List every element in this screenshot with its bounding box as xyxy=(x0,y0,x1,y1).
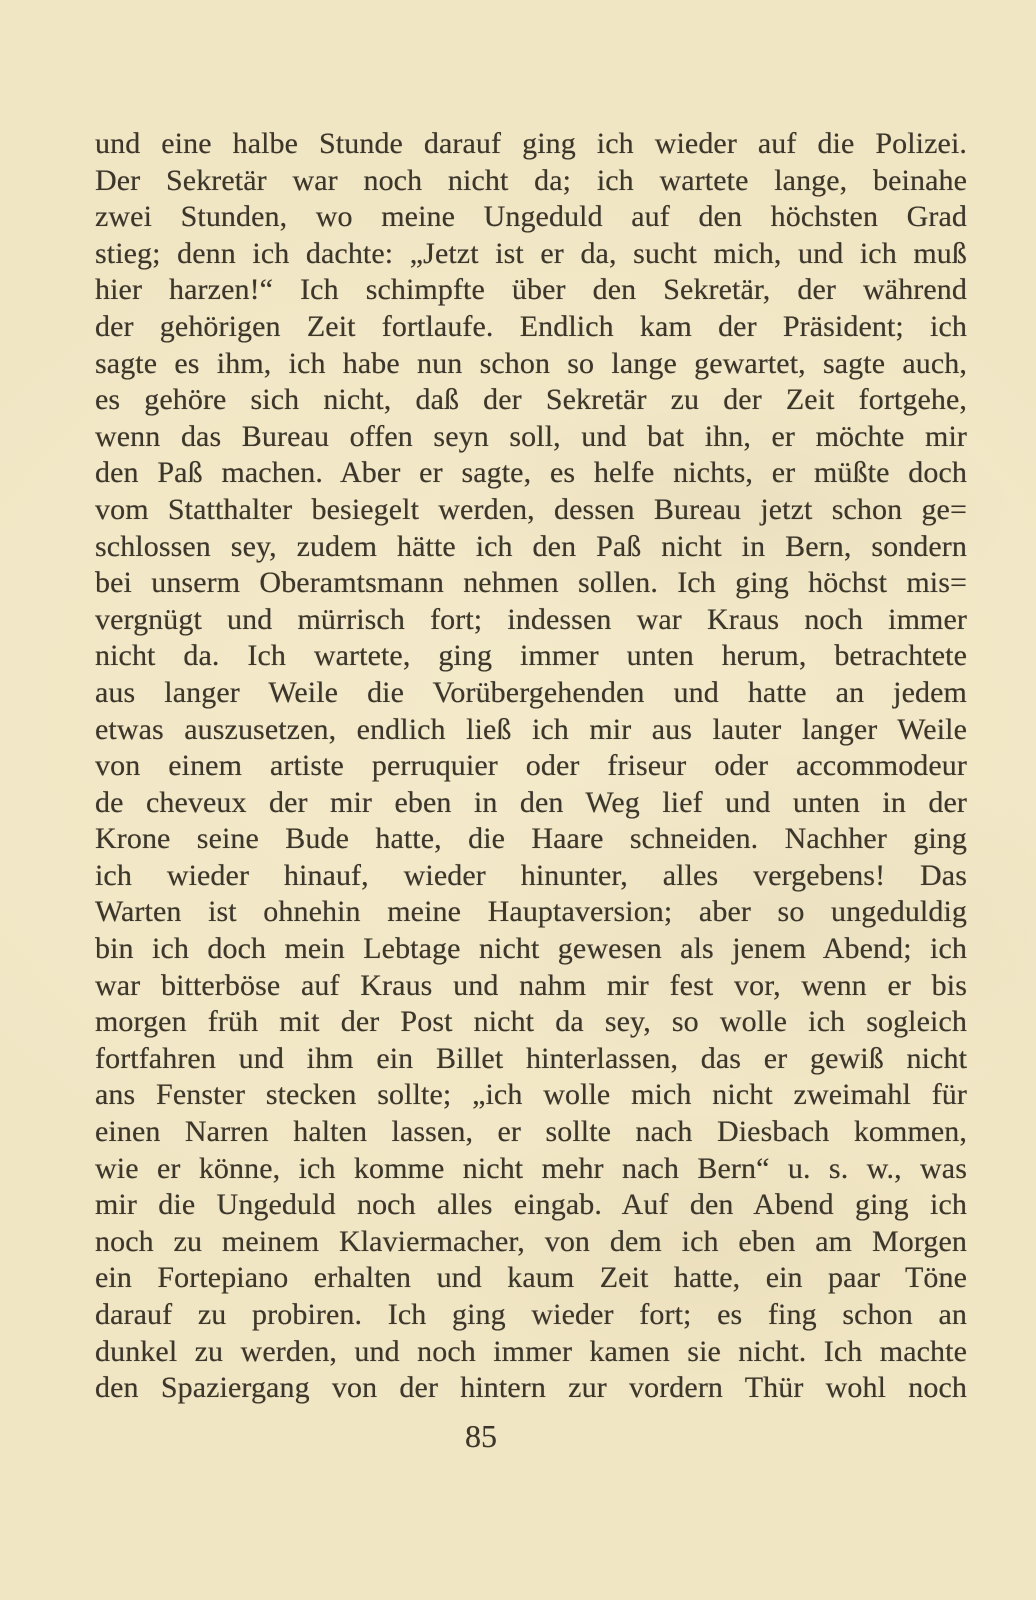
text-line: sagte es ihm, ich habe nun schon so lang… xyxy=(95,346,967,383)
text-line: dunkel zu werden, und noch immer kamen s… xyxy=(95,1334,967,1371)
text-line: vergnügt und mürrisch fort; indessen war… xyxy=(95,602,967,639)
body-text-block: und eine halbe Stunde darauf ging ich wi… xyxy=(95,126,967,1407)
text-line: wie er könne, ich komme nicht mehr nach … xyxy=(95,1151,967,1188)
text-line: fortfahren und ihm ein Billet hinterlass… xyxy=(95,1041,967,1078)
text-line: schlossen sey, zudem hätte ich den Paß n… xyxy=(95,529,967,566)
text-line: den Spaziergang von der hintern zur vord… xyxy=(95,1370,967,1407)
text-line: den Paß machen. Aber er sagte, es helfe … xyxy=(95,455,967,492)
text-line: Warten ist ohnehin meine Hauptaversion; … xyxy=(95,894,967,931)
text-line: de cheveux der mir eben in den Weg lief … xyxy=(95,785,967,822)
text-line: mir die Ungeduld noch alles eingab. Auf … xyxy=(95,1187,967,1224)
text-line: morgen früh mit der Post nicht da sey, s… xyxy=(95,1004,967,1041)
text-line: nicht da. Ich wartete, ging immer unten … xyxy=(95,638,967,675)
text-line: es gehöre sich nicht, daß der Sekretär z… xyxy=(95,382,967,419)
text-line: war bitterböse auf Kraus und nahm mir fe… xyxy=(95,968,967,1005)
text-line: Der Sekretär war noch nicht da; ich wart… xyxy=(95,163,967,200)
text-line: einen Narren halten lassen, er sollte na… xyxy=(95,1114,967,1151)
page-number: 85 xyxy=(95,1416,867,1456)
text-line: darauf zu probiren. Ich ging wieder fort… xyxy=(95,1297,967,1334)
text-line: ich wieder hinauf, wieder hinunter, alle… xyxy=(95,858,967,895)
book-page: und eine halbe Stunde darauf ging ich wi… xyxy=(0,0,1036,1600)
text-line: der gehörigen Zeit fortlaufe. Endlich ka… xyxy=(95,309,967,346)
text-line: ein Fortepiano erhalten und kaum Zeit ha… xyxy=(95,1260,967,1297)
text-line: bin ich doch mein Lebtage nicht gewesen … xyxy=(95,931,967,968)
text-line: Krone seine Bude hatte, die Haare schnei… xyxy=(95,821,967,858)
text-line: bei unserm Oberamtsmann nehmen sollen. I… xyxy=(95,565,967,602)
text-line: zwei Stunden, wo meine Ungeduld auf den … xyxy=(95,199,967,236)
text-line: ans Fenster stecken sollte; „ich wolle m… xyxy=(95,1077,967,1114)
text-line: stieg; denn ich dachte: „Jetzt ist er da… xyxy=(95,236,967,273)
text-line: wenn das Bureau offen seyn soll, und bat… xyxy=(95,419,967,456)
text-line: etwas auszusetzen, endlich ließ ich mir … xyxy=(95,712,967,749)
text-line: aus langer Weile die Vorübergehenden und… xyxy=(95,675,967,712)
text-line: hier harzen!“ Ich schimpfte über den Sek… xyxy=(95,272,967,309)
text-line: von einem artiste perruquier oder friseu… xyxy=(95,748,967,785)
text-line: vom Statthalter besiegelt werden, dessen… xyxy=(95,492,967,529)
text-line: noch zu meinem Klaviermacher, von dem ic… xyxy=(95,1224,967,1261)
text-line: und eine halbe Stunde darauf ging ich wi… xyxy=(95,126,967,163)
